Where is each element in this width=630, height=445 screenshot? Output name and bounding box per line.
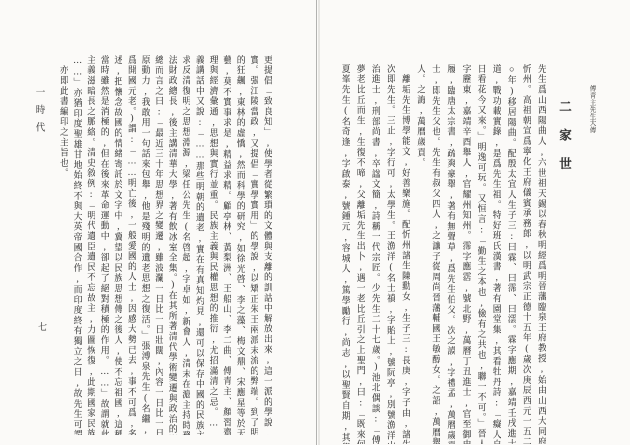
text-column: 夏峯先生(名奇逢,字啟泰,號鍾元,容城人,篤學勵行,尚志,以聖賢自期,其學本陸王… xyxy=(341,64,350,444)
chapter-title: 二家世 xyxy=(558,100,571,186)
text-column: 爲開國元老。)謂:「……明亡後,一般愛國的人士,因感大勢已去,事不可爲,多遯跡山… xyxy=(127,55,136,435)
text-column: 理與經濟彙通,思想與實行並重。民族主義與民權思想的推衍,尤招滿清之忌。……」 國… xyxy=(209,55,218,435)
text-column: 求反清復明之思想淵源,梁任公先生(名啓超,字卓如,新會人,清末在滬主持時務報,民… xyxy=(181,55,190,435)
text-column: 更提倡「致良知」,使學者從繁瑣的文體與支離的訓詁中解放出來,這一派的學說,不久也… xyxy=(263,55,272,435)
gutter-divider xyxy=(316,0,317,445)
text-column: 人。之誨,萬曆歲貢。 xyxy=(416,64,425,444)
text-column: 述,把懷念故國的情緒寄託於文字中,冀望以民族思想傳之後人,使不忘祖國,這種思想的… xyxy=(113,55,122,435)
book-spread: 一時代 七 更提倡「致良知」,使學者從繁瑣的文體與支離的訓詁中解放出來,這一派的… xyxy=(0,0,630,445)
text-column: 道,戰功載實錄,是爲先生祖。特好班氏漢書,著有園堂集,其看牡丹詩:「癡人自是多癡… xyxy=(492,64,501,444)
page-number: 七 xyxy=(37,322,46,331)
text-column: 日看花今又來。」明逸可玩。又恒言:「勤生之本也,儉有之共也,聯一不可。」晉人多傳… xyxy=(477,64,486,444)
text-column: 履,臨唐太宗書,疏爽豪舉,著有無聲草,爲先生伯父。次之謨,字禮孟,萬曆歲貢,自號… xyxy=(446,64,455,444)
text-column: 的狂飆,東林的虛憍,然而科學的研究,如徐光啓、李之藻、梅文鼎、宋應星等於天文曆數… xyxy=(236,55,245,435)
text-column: 實。張江陵當政,又提倡「實學實用」的學說,以矯正朱王兩派末流的弊端。到了明清之際… xyxy=(249,55,258,435)
text-column: 亦即此書編印之主旨也。 xyxy=(59,55,68,435)
text-column: 藝,莫不實事求是,精益求精。顧亭林、黃梨洲、王船山、李二曲、傅青主、顏習齋諸大儒… xyxy=(222,55,231,435)
running-header: 傅青主先生大傳 xyxy=(588,85,595,133)
text-column: 當時雖然是消極的,但在後來革命運動中,卻起了絕對積極的作用。……」故謂就此尚可以… xyxy=(100,55,109,435)
text-column: 總而言之曰:「最近三十年思想界之變遷,雖波瀾一日比一日壯闊,內容一日比一日複雜,… xyxy=(154,55,163,435)
chapter-marker: 一時代 xyxy=(33,87,43,140)
text-column: ○年)移居陽曲。配殷太宜人生子三:曰霖、曰霈、曰澐。霖字應期,嘉靖壬戌進士,官至… xyxy=(507,64,516,444)
text-column: 原動力,我敢用一句話來包舉,他是殘明的遺老思想之復活。」張溥泉先生(名繼,滄縣人… xyxy=(141,55,150,435)
text-column: 字靂東,嘉靖辛酉舉人,官耀州知州。霈字應霑,號北野,萬曆丁丑進士,官至御史。霖生… xyxy=(462,64,471,444)
text-column: 離垢先生博學能文,好善樂施。配忻州諸生陳勳女,生子三:長庚,字子由,諸生,忠厚閎… xyxy=(401,64,410,444)
text-column: 夢老比丘而生,生復不啼,父離垢先生出卜,遇一老比丘引之上聖門,曰:「既來何必不啼… xyxy=(356,64,365,444)
text-column: 主義滋暗長之脈絡。清史敘例:「明代遺臣遺民不忘故主,力圖恢復,此期國家民族正氣所… xyxy=(86,55,95,435)
gutter-shadow xyxy=(318,0,320,445)
text-column: 先生爲山西陽曲人,六世祖天錫以春秋明經爲明晉藩臨泉王府教授,始由山西大同府徙居太… xyxy=(537,64,546,444)
text-column: 義講話中又說:「……那些明朝的遺老,實在有真知灼見,還可以保存中國的民族主義。…… xyxy=(195,55,204,435)
text-column: 法財政總長,後主講清華大學,著有飲冰室全集。)在其所著清代學術變遷與政治的影響文… xyxy=(168,55,177,435)
text-column: 次即先生。三止,字行可,太學生。王漁洋(名士禛,字貽上,號阮亭,別號漁洋山人,新… xyxy=(386,64,395,444)
text-column: 忻州。高祖朝宣爲寧化王府儀賓承務郎,以明武宗正德十五年(歲次庚辰西元一五二 xyxy=(522,64,531,444)
text-column: 治進士,刑部尚書,卒諡文簡,詩稱一代宗匠。少先生二十七歲。)池北偶談:「傅徵君生… xyxy=(371,64,380,444)
text-column: ……」亦猶印度聖雄甘地始終不與大英帝國合作,而印度終有獨立之日,故先生可謂民族主… xyxy=(73,55,82,435)
text-column: 士,即先生父也。先生有叔父四人,之讓子從周尚晉藩輔國王敏醇女。之詔,萬曆舉人。之… xyxy=(431,64,440,444)
